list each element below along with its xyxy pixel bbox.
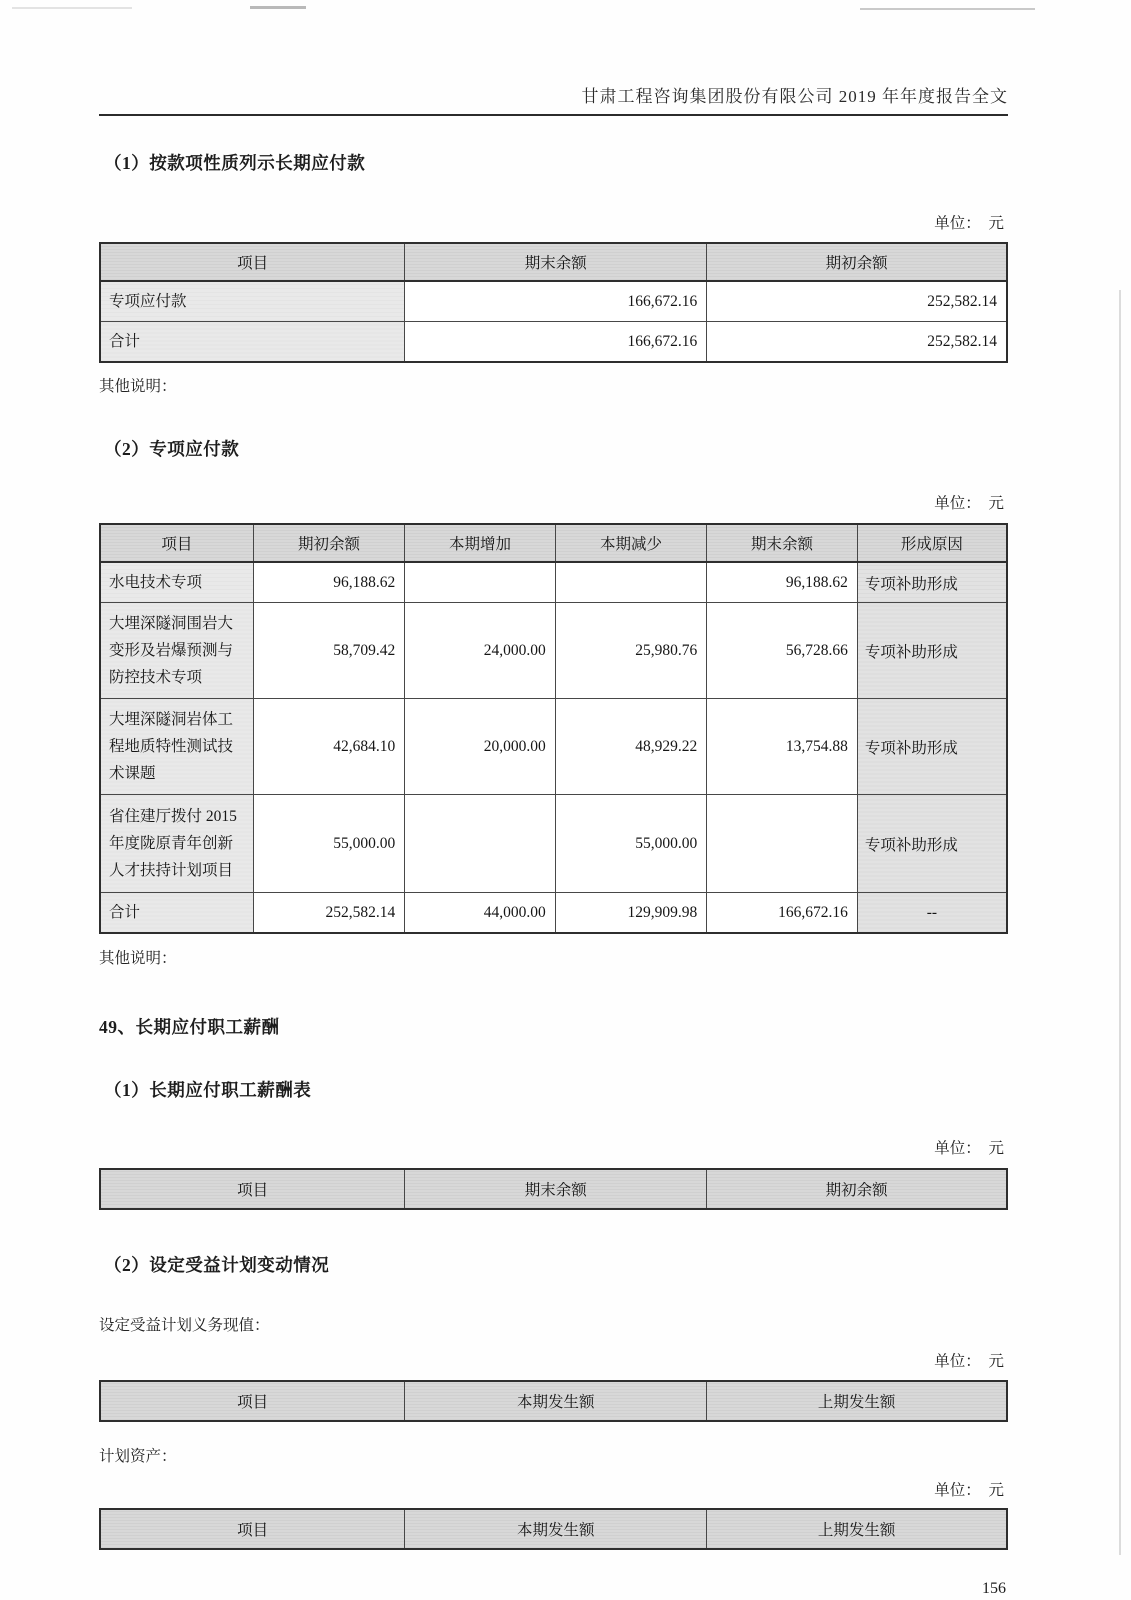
- cell-increase: [405, 562, 556, 603]
- cell-item: 合计: [100, 893, 253, 934]
- section49-sub1-title: （1）长期应付职工薪酬表: [99, 1077, 1008, 1102]
- unit-label-2: 单位： 元: [99, 491, 1008, 513]
- cell-item: 省住建厅拨付 2015 年度陇原青年创新人才扶持计划项目: [100, 795, 253, 893]
- cell-ending-balance: 166,672.16: [405, 322, 707, 363]
- cell-increase: [405, 795, 556, 893]
- cell-item: 大埋深隧洞围岩大变形及岩爆预测与防控技术专项: [100, 603, 253, 699]
- column-header-item: 项目: [100, 524, 253, 562]
- page-number: 156: [99, 1580, 1008, 1598]
- report-page: 甘肃工程咨询集团股份有限公司 2019 年年度报告全文 （1）按款项性质列示长期…: [0, 0, 1131, 1600]
- column-header-item: 项目: [100, 243, 405, 281]
- defined-benefit-obligation-table: 项目 本期发生额 上期发生额: [99, 1380, 1008, 1422]
- cell-increase: 20,000.00: [405, 699, 556, 795]
- page-header-title: 甘肃工程咨询集团股份有限公司 2019 年年度报告全文: [99, 0, 1008, 107]
- cell-decrease: 25,980.76: [555, 603, 706, 699]
- table-row: 省住建厅拨付 2015 年度陇原青年创新人才扶持计划项目 55,000.00 5…: [100, 795, 1007, 893]
- cell-reason: 专项补助形成: [857, 603, 1007, 699]
- cell-reason: 专项补助形成: [857, 562, 1007, 603]
- column-header-ending-balance: 期末余额: [405, 1169, 707, 1209]
- column-header-prior-period: 上期发生额: [707, 1509, 1007, 1549]
- column-header-beginning-balance: 期初余额: [707, 1169, 1007, 1209]
- other-note-2: 其他说明：: [99, 946, 1008, 968]
- cell-beginning-balance: 252,582.14: [707, 322, 1007, 363]
- cell-reason: 专项补助形成: [857, 795, 1007, 893]
- long-term-payables-table: 项目 期末余额 期初余额 专项应付款 166,672.16 252,582.14…: [99, 242, 1008, 363]
- header-rule: [99, 114, 1008, 116]
- cell-beginning: 96,188.62: [253, 562, 404, 603]
- cell-item: 大埋深隧洞岩体工程地质特性测试技术课题: [100, 699, 253, 795]
- cell-reason: 专项补助形成: [857, 699, 1007, 795]
- table-row: 大埋深隧洞围岩大变形及岩爆预测与防控技术专项 58,709.42 24,000.…: [100, 603, 1007, 699]
- page-content: 甘肃工程咨询集团股份有限公司 2019 年年度报告全文 （1）按款项性质列示长期…: [0, 0, 1131, 1598]
- table-header-row: 项目 本期发生额 上期发生额: [100, 1509, 1007, 1549]
- column-header-current-period: 本期发生额: [405, 1381, 707, 1421]
- column-header-ending-balance: 期末余额: [405, 243, 707, 281]
- column-header-increase: 本期增加: [405, 524, 556, 562]
- other-note-1: 其他说明：: [99, 374, 1008, 396]
- cell-beginning: 55,000.00: [253, 795, 404, 893]
- cell-decrease: [555, 562, 706, 603]
- table-row: 水电技术专项 96,188.62 96,188.62 专项补助形成: [100, 562, 1007, 603]
- unit-label-4: 单位： 元: [99, 1349, 1008, 1371]
- cell-ending: 166,672.16: [707, 893, 858, 934]
- cell-item: 水电技术专项: [100, 562, 253, 603]
- section49-title: 49、长期应付职工薪酬: [99, 1014, 1008, 1039]
- table-row-total: 合计 252,582.14 44,000.00 129,909.98 166,6…: [100, 893, 1007, 934]
- cell-increase: 44,000.00: [405, 893, 556, 934]
- plan-assets-table: 项目 本期发生额 上期发生额: [99, 1508, 1008, 1550]
- cell-beginning: 42,684.10: [253, 699, 404, 795]
- unit-label-3: 单位： 元: [99, 1136, 1008, 1158]
- column-header-ending-balance: 期末余额: [707, 524, 858, 562]
- column-header-decrease: 本期减少: [555, 524, 706, 562]
- unit-label-1: 单位： 元: [99, 211, 1008, 233]
- cell-decrease: 55,000.00: [555, 795, 706, 893]
- unit-label-5: 单位： 元: [99, 1478, 1008, 1500]
- table-header-row: 项目 期初余额 本期增加 本期减少 期末余额 形成原因: [100, 524, 1007, 562]
- cell-reason: --: [857, 893, 1007, 934]
- section49-sub2-title: （2）设定受益计划变动情况: [99, 1252, 1008, 1277]
- column-header-item: 项目: [100, 1381, 405, 1421]
- section2-title: （2）专项应付款: [99, 436, 1008, 461]
- special-payables-table: 项目 期初余额 本期增加 本期减少 期末余额 形成原因 水电技术专项 96,18…: [99, 523, 1008, 934]
- column-header-reason: 形成原因: [857, 524, 1007, 562]
- table-row: 专项应付款 166,672.16 252,582.14: [100, 281, 1007, 322]
- cell-ending: [707, 795, 858, 893]
- long-term-employee-pay-table: 项目 期末余额 期初余额: [99, 1168, 1008, 1210]
- cell-ending-balance: 166,672.16: [405, 281, 707, 322]
- cell-item: 专项应付款: [100, 281, 405, 322]
- column-header-item: 项目: [100, 1169, 405, 1209]
- column-header-item: 项目: [100, 1509, 405, 1549]
- cell-item: 合计: [100, 322, 405, 363]
- table-row-total: 合计 166,672.16 252,582.14: [100, 322, 1007, 363]
- table-header-row: 项目 期末余额 期初余额: [100, 1169, 1007, 1209]
- obligation-label: 设定受益计划义务现值：: [99, 1313, 1008, 1335]
- column-header-beginning-balance: 期初余额: [253, 524, 404, 562]
- cell-ending: 13,754.88: [707, 699, 858, 795]
- cell-beginning-balance: 252,582.14: [707, 281, 1007, 322]
- plan-asset-label: 计划资产：: [99, 1444, 1008, 1466]
- column-header-current-period: 本期发生额: [405, 1509, 707, 1549]
- cell-decrease: 48,929.22: [555, 699, 706, 795]
- column-header-beginning-balance: 期初余额: [707, 243, 1007, 281]
- table-row: 大埋深隧洞岩体工程地质特性测试技术课题 42,684.10 20,000.00 …: [100, 699, 1007, 795]
- cell-beginning: 252,582.14: [253, 893, 404, 934]
- section1-title: （1）按款项性质列示长期应付款: [99, 150, 1008, 175]
- cell-ending: 56,728.66: [707, 603, 858, 699]
- cell-ending: 96,188.62: [707, 562, 858, 603]
- table-header-row: 项目 期末余额 期初余额: [100, 243, 1007, 281]
- cell-beginning: 58,709.42: [253, 603, 404, 699]
- column-header-prior-period: 上期发生额: [707, 1381, 1007, 1421]
- table-header-row: 项目 本期发生额 上期发生额: [100, 1381, 1007, 1421]
- cell-decrease: 129,909.98: [555, 893, 706, 934]
- cell-increase: 24,000.00: [405, 603, 556, 699]
